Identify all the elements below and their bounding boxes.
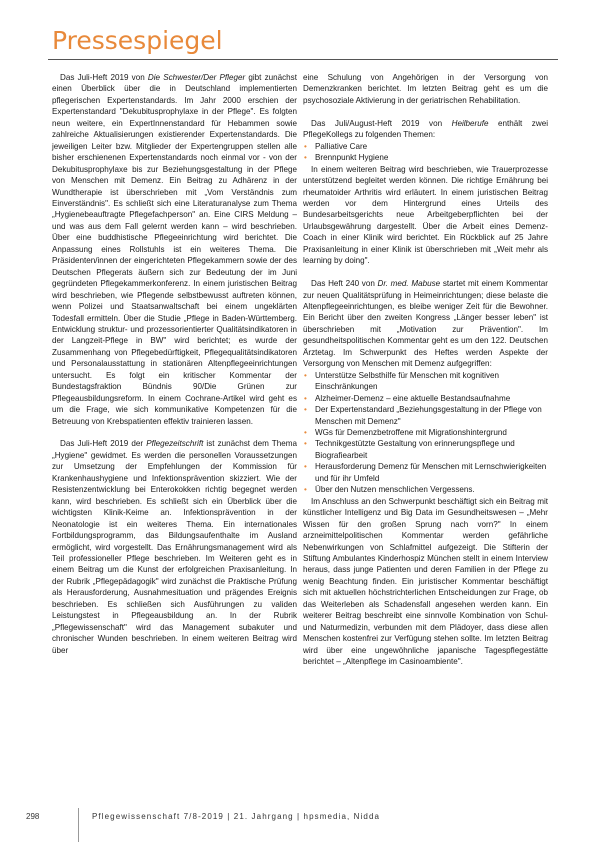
list-item: WGs für Demenzbetroffene mit Migrationsh… <box>303 427 548 438</box>
title-divider <box>48 59 558 60</box>
list-item: Alzheimer-Demenz – eine aktuelle Bestand… <box>303 393 548 404</box>
publication-title: Pflegezeitschrift <box>146 439 203 448</box>
article-paragraph: eine Schulung von Angehörigen in der Ver… <box>303 72 548 106</box>
footer-citation: Pflegewissenschaft 7/8-2019 | 21. Jahrga… <box>92 812 380 821</box>
topic-list: Palliative CareBrennpunkt Hygiene <box>303 141 548 164</box>
page-title: Pressespiegel <box>52 26 223 55</box>
article-paragraph: Das Juli/August-Heft 2019 von Heilberufe… <box>303 118 548 141</box>
text-run: gibt zunächst einen Überblick über die i… <box>52 73 297 426</box>
page-number: 298 <box>26 812 39 821</box>
article-paragraph: Im Anschluss an den Schwerpunkt beschäft… <box>303 496 548 668</box>
publication-title: Dr. med. Mabuse <box>378 279 441 288</box>
article-paragraph: In einem weiteren Beitrag wird beschrieb… <box>303 164 548 267</box>
list-item: Palliative Care <box>303 141 548 152</box>
left-column: Das Juli-Heft 2019 von Die Schwester/Der… <box>52 72 297 656</box>
publication-title: Heilberufe <box>452 119 489 128</box>
text-run: Das Heft 240 von <box>311 279 378 288</box>
text-run: Das Juli-Heft 2019 der <box>60 439 146 448</box>
publication-title: Die Schwester/Der Pfleger <box>148 73 245 82</box>
footer-divider <box>78 808 79 842</box>
list-item: Über den Nutzen menschlichen Vergessens. <box>303 484 548 495</box>
list-item: Herausforderung Demenz für Menschen mit … <box>303 461 548 484</box>
text-run: Das Juli/August-Heft 2019 von <box>311 119 452 128</box>
article-paragraph: Das Juli-Heft 2019 der Pflegezeitschrift… <box>52 438 297 656</box>
list-item: Technikgestützte Gestaltung von erinneru… <box>303 438 548 461</box>
text-run: ist zunächst dem Thema „Hygiene" gewidme… <box>52 439 297 654</box>
article-paragraph: Das Heft 240 von Dr. med. Mabuse startet… <box>303 278 548 370</box>
topic-list: Unterstütze Selbsthilfe für Menschen mit… <box>303 370 548 496</box>
list-item: Brennpunkt Hygiene <box>303 152 548 163</box>
right-column: eine Schulung von Angehörigen in der Ver… <box>303 72 548 668</box>
text-run: Das Juli-Heft 2019 von <box>60 73 148 82</box>
text-run: startet mit einem Kommentar zur neuen Qu… <box>303 279 548 368</box>
article-paragraph: Das Juli-Heft 2019 von Die Schwester/Der… <box>52 72 297 427</box>
list-item: Der Expertenstandard „Beziehungsgestaltu… <box>303 404 548 427</box>
list-item: Unterstütze Selbsthilfe für Menschen mit… <box>303 370 548 393</box>
